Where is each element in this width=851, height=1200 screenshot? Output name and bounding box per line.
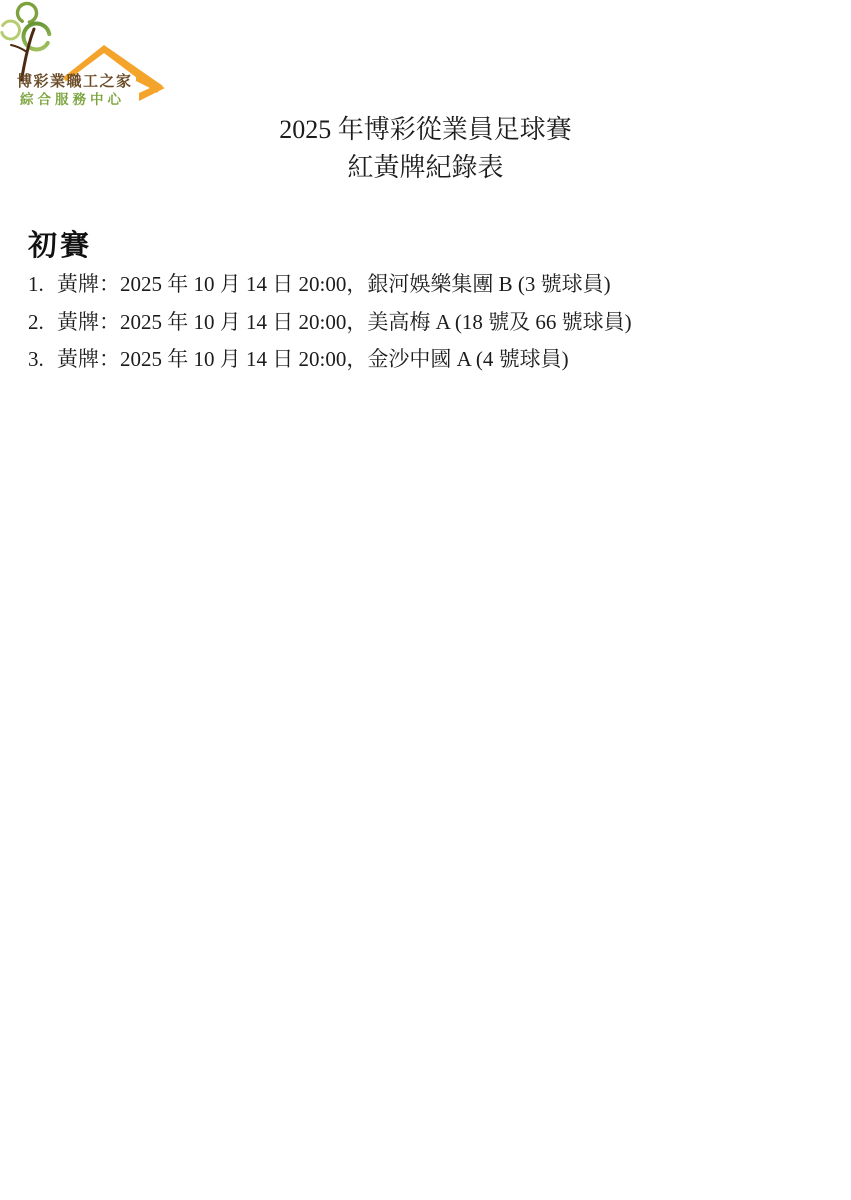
section-heading: 初賽	[28, 228, 92, 264]
list-item: 1. 黃牌：2025 年 10 月 14 日 20:00，銀河娛樂集團 B (3…	[28, 271, 632, 297]
record-list: 1. 黃牌：2025 年 10 月 14 日 20:00，銀河娛樂集團 B (3…	[28, 271, 632, 384]
list-item: 2. 黃牌：2025 年 10 月 14 日 20:00，美高梅 A (18 號…	[28, 309, 632, 335]
logo-text-line2: 綜合服務中心	[20, 88, 125, 108]
document-title: 2025 年博彩從業員足球賽	[0, 114, 851, 146]
list-item-number: 1.	[28, 271, 57, 297]
tree-icon	[0, 0, 54, 80]
list-item-number: 2.	[28, 309, 57, 335]
list-item-text: 黃牌：2025 年 10 月 14 日 20:00，銀河娛樂集團 B (3 號球…	[57, 271, 611, 297]
list-item: 3. 黃牌：2025 年 10 月 14 日 20:00，金沙中國 A (4 號…	[28, 346, 632, 372]
document-subtitle: 紅黃牌紀錄表	[0, 152, 851, 184]
org-logo: 博彩業職工之家 綜合服務中心	[0, 0, 180, 115]
list-item-text: 黃牌：2025 年 10 月 14 日 20:00，金沙中國 A (4 號球員)	[57, 346, 569, 372]
document-page: 博彩業職工之家 綜合服務中心 2025 年博彩從業員足球賽 紅黃牌紀錄表 初賽 …	[0, 0, 851, 1200]
list-item-text: 黃牌：2025 年 10 月 14 日 20:00，美高梅 A (18 號及 6…	[57, 309, 632, 335]
list-item-number: 3.	[28, 346, 57, 372]
